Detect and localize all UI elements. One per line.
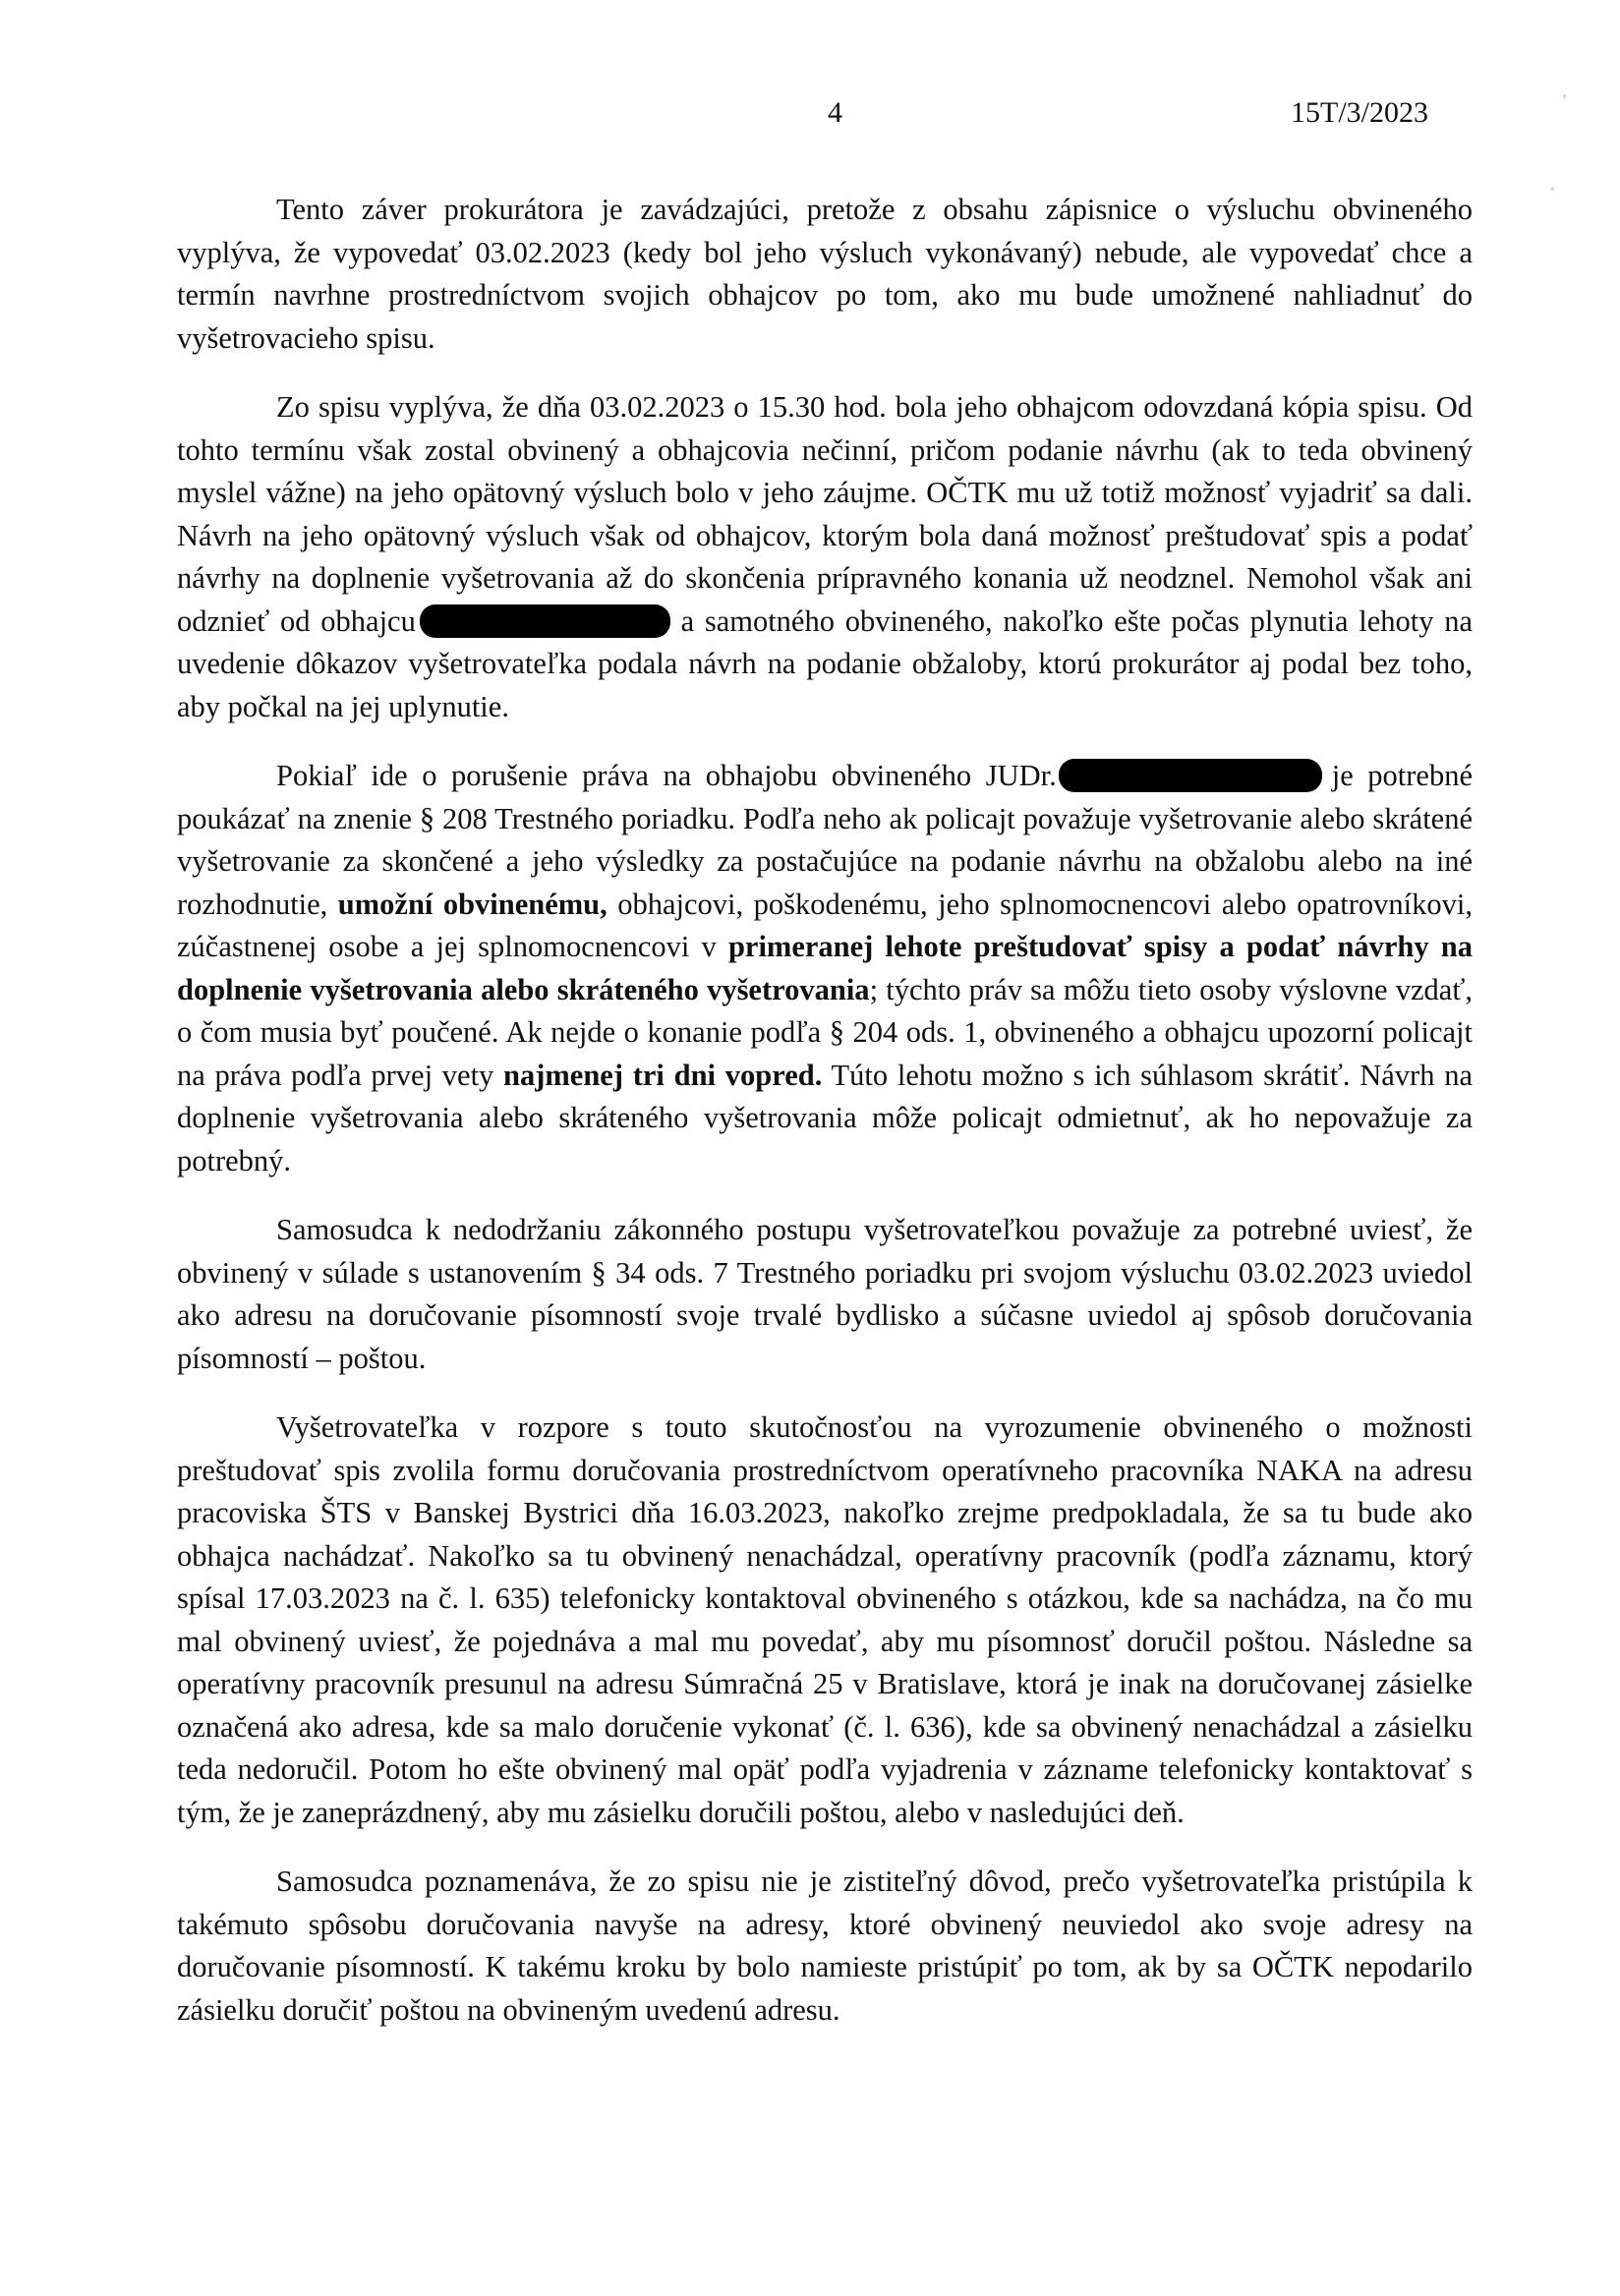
text-segment: Zo spisu vyplýva, že dňa 03.02.2023 o 15… xyxy=(177,390,1473,638)
paragraph: Pokiaľ ide o porušenie práva na obhajobu… xyxy=(177,755,1473,1182)
text-segment: Samosudca k nedodržaniu zákonného postup… xyxy=(177,1213,1473,1375)
case-number: 15T/3/2023 xyxy=(1291,96,1428,130)
text-segment: Vyšetrovateľka v rozpore s touto skutočn… xyxy=(177,1410,1473,1829)
redaction-mark xyxy=(1059,759,1322,792)
paragraph: Samosudca poznamenáva, že zo spisu nie j… xyxy=(177,1861,1473,2032)
paragraph: Zo spisu vyplýva, že dňa 03.02.2023 o 15… xyxy=(177,386,1473,728)
text-segment: Samosudca poznamenáva, že zo spisu nie j… xyxy=(177,1865,1473,2027)
text-segment: Pokiaľ ide o porušenie práva na obhajobu… xyxy=(276,759,1057,792)
bold-emphasis: umožní obvinenému, xyxy=(338,888,607,921)
bold-emphasis: najmenej tri dni vopred. xyxy=(503,1059,822,1092)
document-page: 4 15T/3/2023 Tento záver prokurátora je … xyxy=(0,0,1620,2296)
scan-speck xyxy=(1551,187,1554,191)
paragraph: Vyšetrovateľka v rozpore s touto skutočn… xyxy=(177,1406,1473,1834)
scan-speck xyxy=(1563,94,1566,98)
paragraph: Tento záver prokurátora je zavádzajúci, … xyxy=(177,189,1473,360)
paragraph: Samosudca k nedodržaniu zákonného postup… xyxy=(177,1209,1473,1380)
text-segment: Tento záver prokurátora je zavádzajúci, … xyxy=(177,193,1473,355)
page-number: 4 xyxy=(828,96,842,130)
page-header: 4 15T/3/2023 xyxy=(0,96,1620,136)
redaction-mark xyxy=(420,604,670,638)
document-body: Tento záver prokurátora je zavádzajúci, … xyxy=(177,189,1473,2058)
